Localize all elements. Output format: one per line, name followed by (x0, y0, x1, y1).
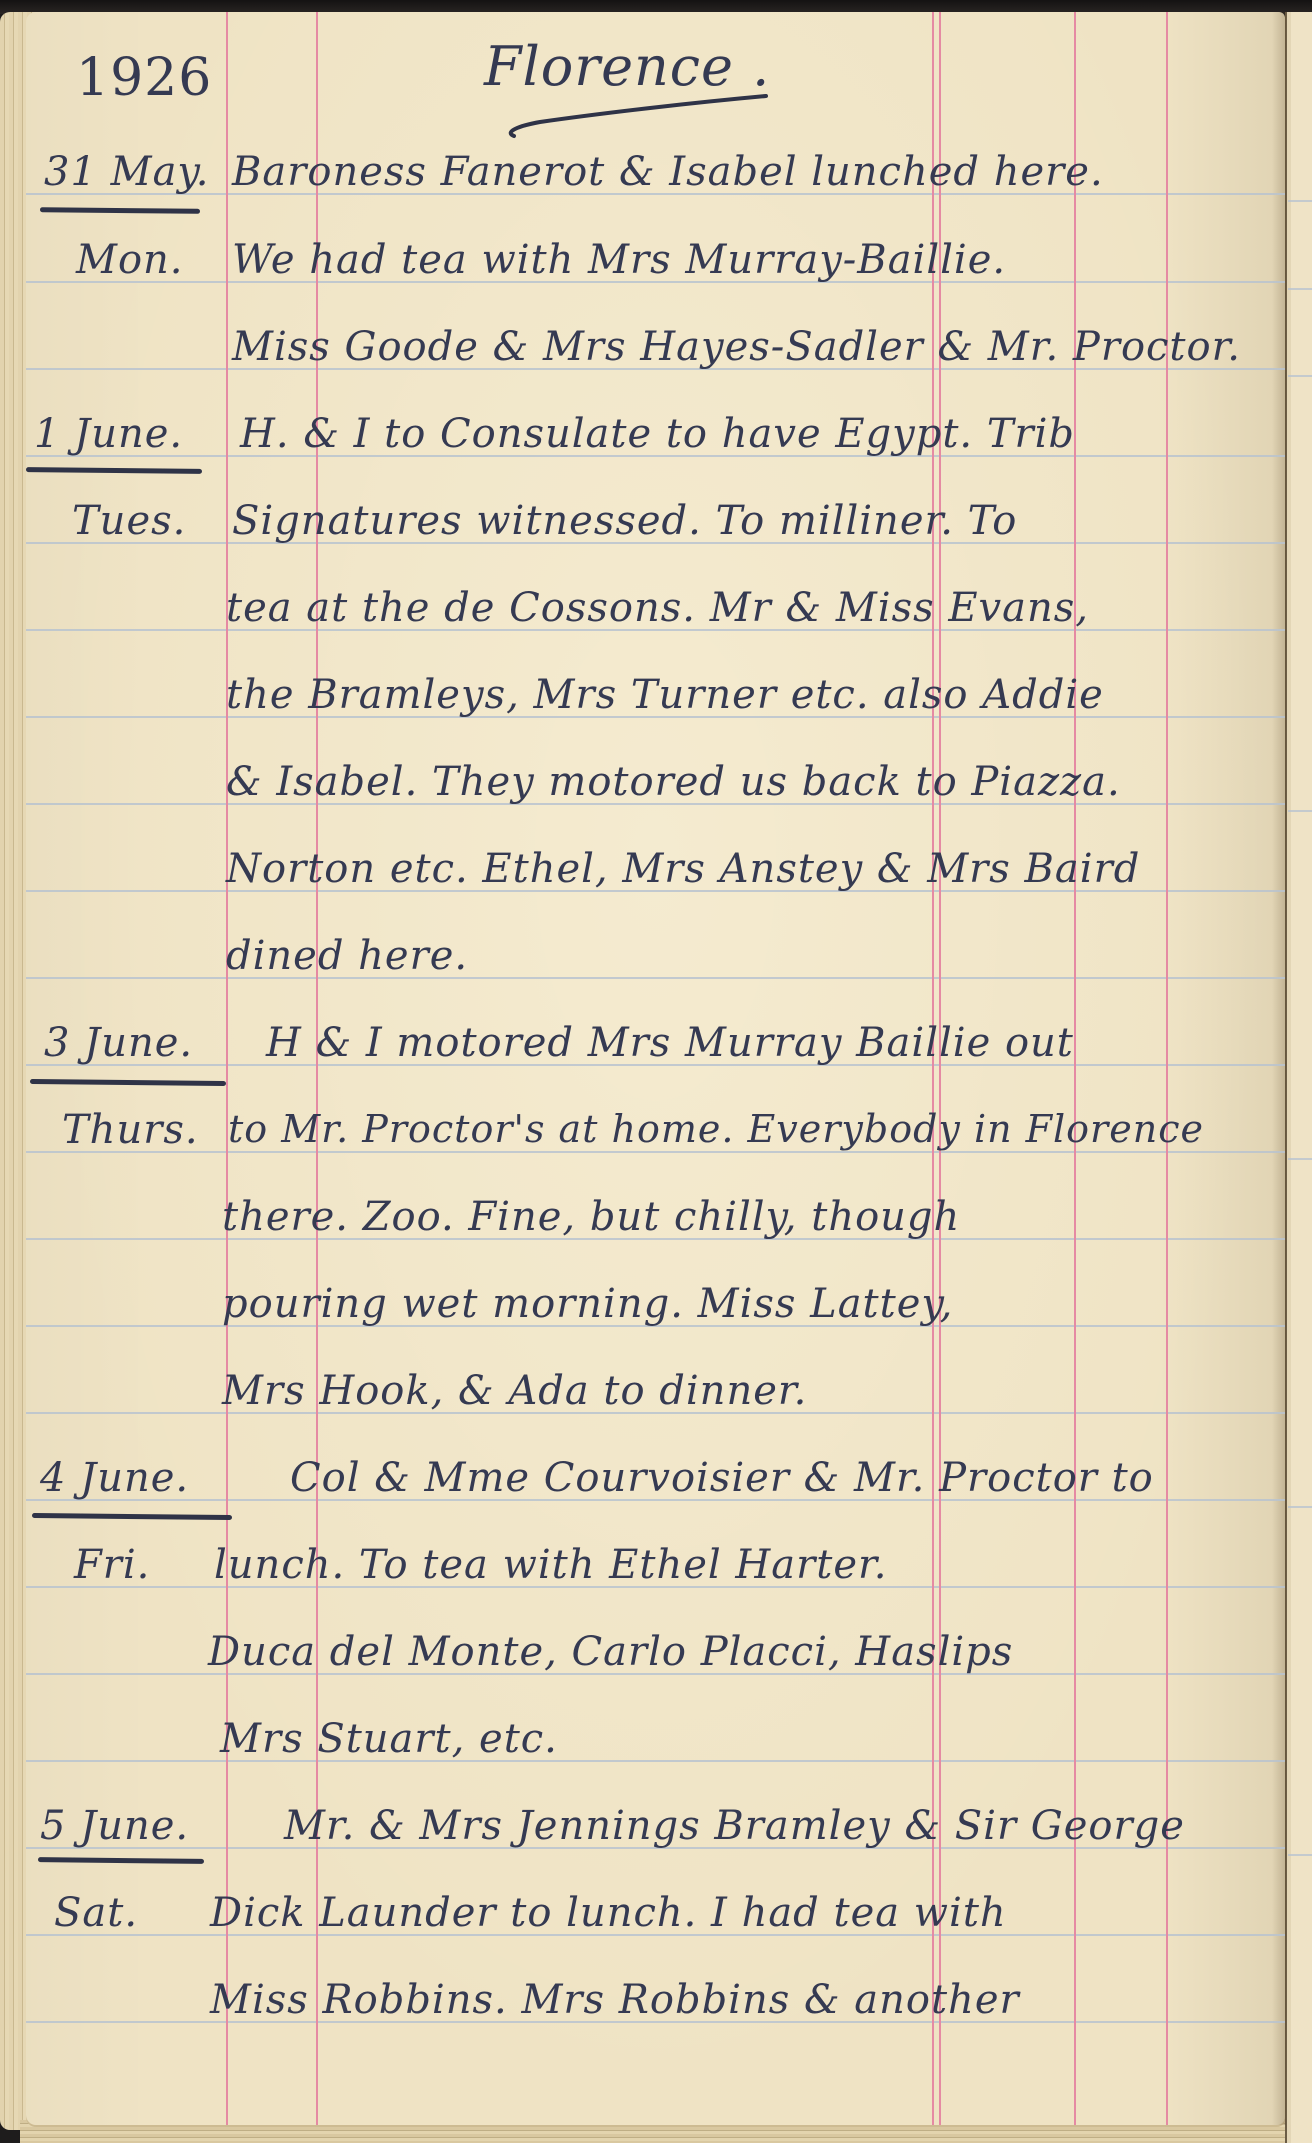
entry-line: Baroness Fanerot & Isabel lunched here. (232, 152, 1104, 192)
entry-line: Duca del Monte, Carlo Placci, Haslips (208, 1632, 1013, 1672)
entry-date: 31 May. (44, 152, 209, 192)
entry-line: tea at the de Cossons. Mr & Miss Evans, (226, 588, 1089, 628)
entry-weekday: Thurs. (62, 1110, 199, 1150)
entry-line: Mrs Hook, & Ada to dinner. (222, 1371, 807, 1411)
ruled-line-next-page (1288, 1158, 1312, 1160)
entry-line: Norton etc. Ethel, Mrs Anstey & Mrs Bair… (226, 849, 1140, 889)
next-page-edge (1285, 12, 1312, 2143)
ruled-line-next-page (1288, 200, 1312, 202)
year-heading: 1926 (76, 52, 212, 104)
entry-line: Col & Mme Courvoisier & Mr. Proctor to (290, 1458, 1154, 1498)
entry-weekday: Mon. (76, 240, 184, 280)
entry-line: Mr. & Mrs Jennings Bramley & Sir George (284, 1806, 1185, 1846)
ruled-line-next-page (1288, 810, 1312, 812)
gutter-shadow (1272, 12, 1286, 2125)
entry-line: there. Zoo. Fine, but chilly, though (222, 1197, 960, 1237)
entry-date: 3 June. (44, 1023, 193, 1063)
entry-line: lunch. To tea with Ethel Harter. (214, 1545, 887, 1585)
entry-line: Dick Launder to lunch. I had tea with (210, 1893, 1007, 1933)
entry-line: H & I motored Mrs Murray Baillie out (266, 1023, 1074, 1063)
entry-line: & Isabel. They motored us back to Piazza… (226, 762, 1121, 802)
ruled-line (26, 977, 1285, 979)
heading-flourish-icon (500, 92, 770, 142)
entry-date: 1 June. (34, 414, 183, 454)
entry-line: the Bramleys, Mrs Turner etc. also Addie (226, 675, 1104, 715)
entry-date: 5 June. (40, 1806, 189, 1846)
entry-date: 4 June. (40, 1458, 189, 1498)
entry-line: to Mr. Proctor's at home. Everybody in F… (228, 1110, 1204, 1148)
entry-line: dined here. (226, 936, 468, 976)
ruled-line (26, 1760, 1285, 1762)
entry-weekday: Sat. (54, 1893, 138, 1933)
place-heading: Florence . (484, 40, 770, 94)
ruled-line-next-page (1288, 1506, 1312, 1508)
entry-line: Signatures witnessed. To milliner. To (232, 501, 1017, 541)
entry-weekday: Fri. (74, 1545, 150, 1585)
entry-weekday: Tues. (72, 501, 186, 541)
entry-line: H. & I to Consulate to have Egypt. Trib (240, 414, 1075, 454)
ruled-line-next-page (1288, 1854, 1312, 1856)
entry-line: pouring wet morning. Miss Lattey, (222, 1284, 953, 1324)
margin-line-date (226, 12, 228, 2125)
ruled-line (26, 1151, 1285, 1153)
entry-line: We had tea with Mrs Murray-Baillie. (232, 240, 1006, 280)
entry-line: Miss Robbins. Mrs Robbins & another (210, 1980, 1020, 2020)
entry-line: Mrs Stuart, etc. (220, 1719, 558, 1759)
entry-line: Miss Goode & Mrs Hayes-Sadler & Mr. Proc… (232, 327, 1241, 367)
ruled-line-next-page (1288, 288, 1312, 290)
ruled-line-next-page (1288, 375, 1312, 377)
